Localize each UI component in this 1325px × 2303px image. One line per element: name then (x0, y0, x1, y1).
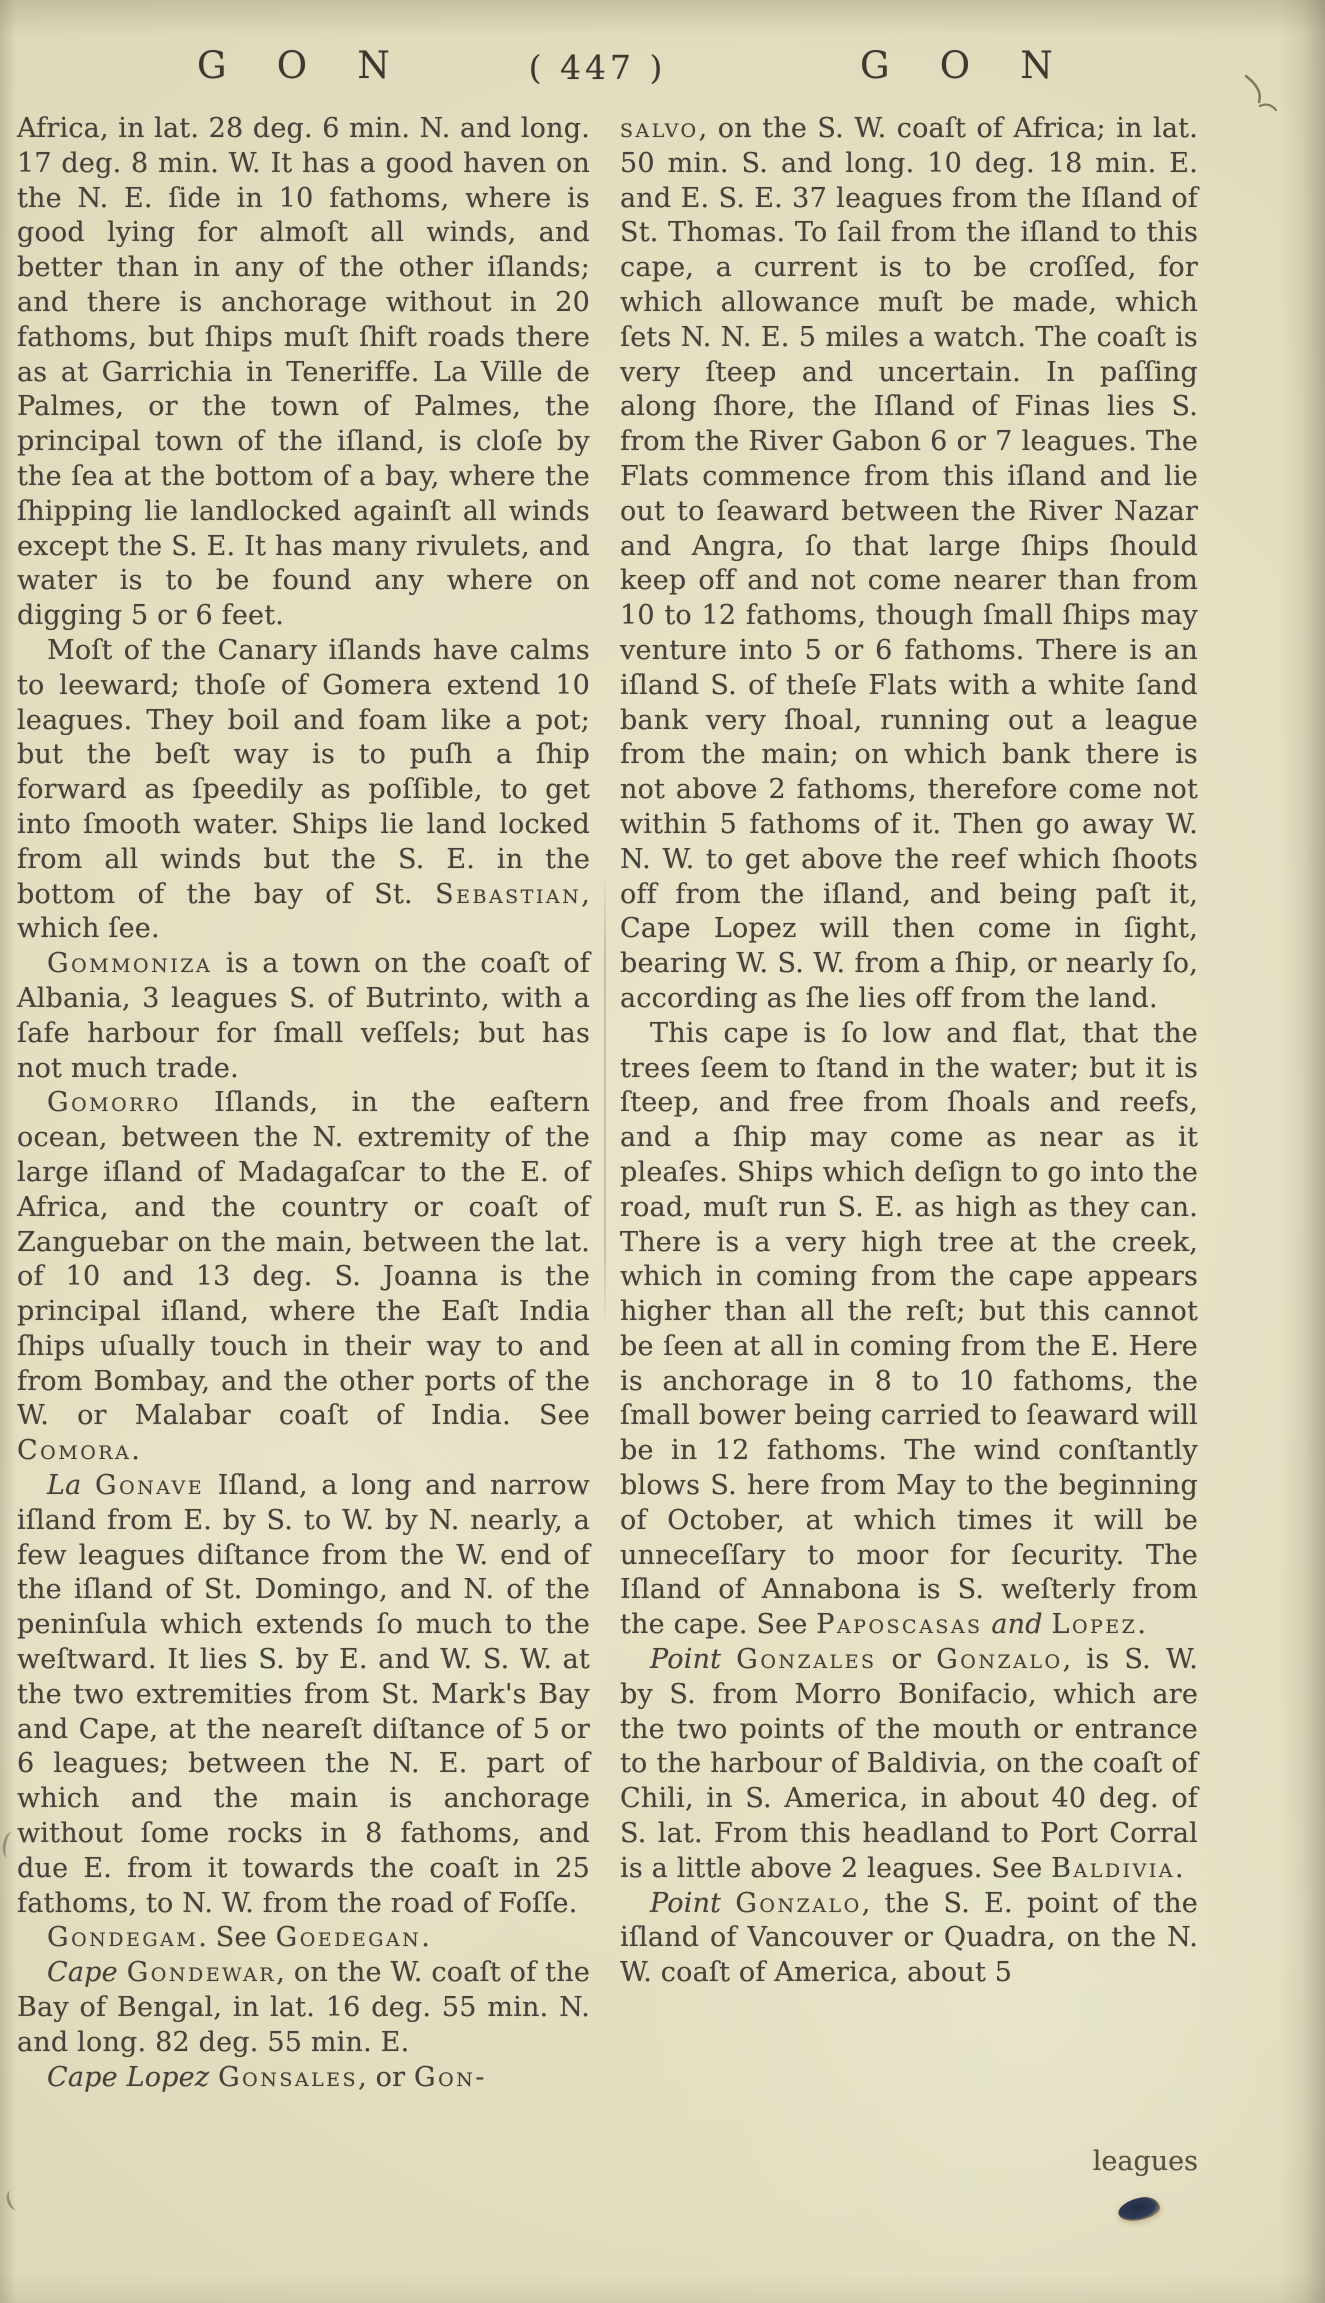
text-run: Iſland, a long and narrow iſland from E.… (17, 1470, 590, 1919)
paragraph: Africa, in lat. 28 deg. 6 min. N. and lo… (17, 112, 590, 634)
text-run: Gommoniza (47, 948, 212, 979)
text-run: Iſlands, in the eaſtern ocean, between t… (17, 1087, 590, 1431)
text-run: Gon- (414, 2062, 487, 2093)
paragraph: Gondegam. See Goedegan. (17, 1921, 590, 1956)
text-run: , on the S. W. coaſt of Africa; in lat. … (620, 113, 1198, 1014)
paragraph: La Gonave Iſland, a long and narrow iſla… (17, 1469, 590, 1921)
paragraph: Gomorro Iſlands, in the eaſtern ocean, b… (17, 1086, 590, 1469)
running-title-right: G O N (860, 44, 1072, 87)
running-title-left: G O N (197, 44, 409, 87)
paragraph: Moſt of the Canary iſlands have calms to… (17, 634, 590, 947)
text-run: La (47, 1470, 95, 1501)
text-run: Gonsales (218, 2062, 358, 2093)
margin-mark (4, 2188, 23, 2211)
text-run: , is S. W. by S. from Morro Bonifacio, w… (620, 1644, 1198, 1884)
text-run: . (1137, 1609, 1146, 1640)
text-run: Africa, in lat. 28 deg. 6 min. N. and lo… (17, 113, 590, 631)
text-run: Lopez (1052, 1609, 1138, 1640)
paragraph: Cape Gondewar, on the W. coaſt of the Ba… (17, 1956, 590, 2060)
text-run: Gondegam (47, 1922, 198, 1953)
text-run: , or (358, 2062, 414, 2093)
catchword: leagues (980, 2146, 1198, 2177)
right-column: salvo, on the S. W. coaſt of Africa; in … (620, 112, 1198, 1991)
text-run: Cape Lopez (47, 2062, 218, 2093)
text-run: Gomorro (47, 1087, 181, 1118)
paragraph: Point Gonzales or Gonzalo, is S. W. by S… (620, 1643, 1198, 1887)
text-run: Gonzalo (735, 1888, 861, 1919)
column-divider (604, 870, 606, 1330)
text-run: . (1175, 1853, 1184, 1884)
text-run: or (876, 1644, 936, 1675)
text-run: Gonave (95, 1470, 204, 1501)
ink-blot (1116, 2195, 1161, 2224)
page-number: ( 447 ) (500, 48, 695, 87)
text-run: Baldivia (1051, 1853, 1175, 1884)
paragraph: This cape is ſo low and flat, that the t… (620, 1017, 1198, 1643)
left-column: Africa, in lat. 28 deg. 6 min. N. and lo… (17, 112, 590, 2095)
text-run: . (131, 1435, 140, 1466)
paragraph: Point Gonzalo, the S. E. point of the iſ… (620, 1887, 1198, 1991)
text-run: Paposcasas (816, 1609, 982, 1640)
text-run: Comora (17, 1435, 131, 1466)
text-run: Gondewar (127, 1957, 276, 1988)
paragraph: Gommoniza is a town on the coaſt of Alba… (17, 947, 590, 1086)
pen-mark (1238, 72, 1290, 120)
text-run: . See (198, 1922, 275, 1953)
text-run: Sebastian (435, 879, 581, 910)
paragraph: salvo, on the S. W. coaſt of Africa; in … (620, 112, 1198, 1017)
text-run: This cape is ſo low and flat, that the t… (620, 1018, 1198, 1641)
margin-mark (1, 1831, 18, 1859)
text-run: Point (650, 1888, 735, 1919)
text-run: . (421, 1922, 430, 1953)
text-run: Point (650, 1644, 736, 1675)
text-run: Gonzalo (936, 1644, 1062, 1675)
paragraph: Cape Lopez Gonsales, or Gon- (17, 2061, 590, 2096)
text-run: Cape (47, 1957, 127, 1988)
text-run: Moſt of the Canary iſlands have calms to… (17, 635, 590, 910)
text-run: salvo (620, 113, 699, 144)
scanned-book-page: G O N ( 447 ) G O N Africa, in lat. 28 d… (0, 0, 1325, 2303)
text-run: Goedegan (276, 1922, 422, 1953)
text-run: Gonzales (736, 1644, 876, 1675)
text-run: and (983, 1609, 1052, 1640)
